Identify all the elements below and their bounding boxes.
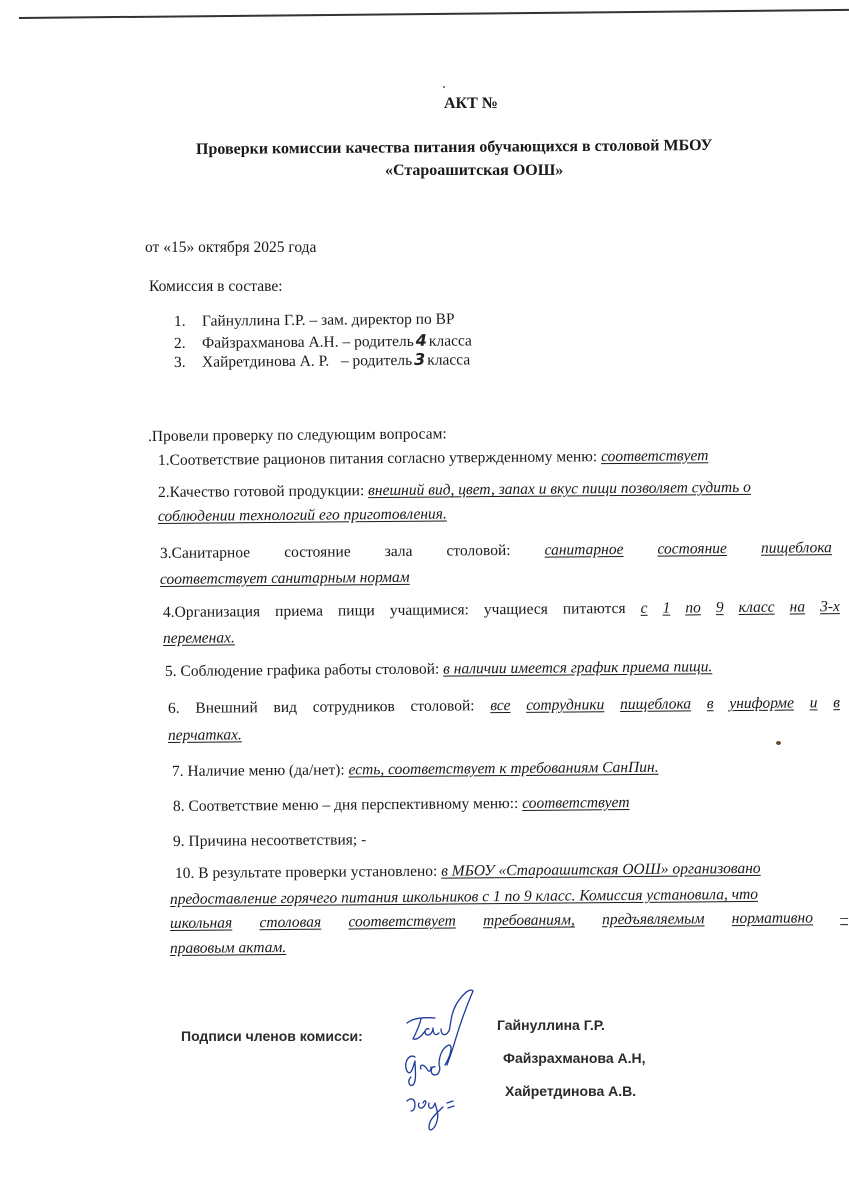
question-label: 10. В результате проверки установлено:	[175, 863, 437, 882]
question-answer-word: с	[641, 600, 648, 618]
question-label-word: столовой:	[410, 697, 474, 716]
question-2: 2.Качество готовой продукции: внешний ви…	[158, 479, 751, 502]
question-label-word: учащиеся	[484, 601, 548, 620]
member-role-suffix: класса	[427, 351, 470, 368]
question-label-word: 3.Санитарное	[160, 544, 250, 563]
question-10-continued: предоставление горячего питания школьник…	[170, 886, 758, 909]
question-label-word: состояние	[284, 543, 351, 562]
question-answer-word: по	[685, 599, 701, 617]
handwritten-signatures-icon	[395, 985, 505, 1135]
question-answer: предоставление горячего питания школьник…	[170, 886, 758, 908]
question-answer: внешний вид, цвет, запах и вкус пищи поз…	[368, 479, 751, 499]
question-8: 8. Соответствие меню – дня перспективном…	[173, 794, 630, 816]
question-label-word: 4.Организация	[163, 603, 260, 622]
question-3: 3.Санитарное состояние зала столовой: са…	[160, 539, 832, 563]
question-answer-word: класс	[739, 599, 775, 617]
question-9: 9. Причина несоответствия; -	[173, 831, 366, 851]
signatures-label: Подписи членов комисси:	[181, 1028, 363, 1044]
question-answer: переменах.	[163, 629, 235, 647]
commission-label: Комиссия в составе:	[149, 278, 283, 296]
question-answer-word: на	[790, 598, 806, 616]
inspection-intro: .Провели проверку по следующим вопросам:	[148, 425, 447, 446]
question-answer-word: 9	[716, 599, 724, 617]
question-answer: в МБОУ «Староашитская ООШ» организовано	[441, 860, 761, 880]
commission-member: 1.Гайнуллина Г.Р. – зам. директор по ВР	[174, 311, 455, 331]
member-name: Файзрахманова А.Н. – родитель	[202, 333, 414, 352]
question-answer-word: предъявляемым	[602, 910, 705, 929]
question-label-word: зала	[385, 543, 413, 561]
question-answer-word: пищеблока	[761, 539, 832, 558]
question-4-continued: переменах.	[163, 629, 235, 648]
question-answer-word: униформе	[729, 695, 794, 714]
question-answer-word: 3-х	[820, 598, 840, 616]
question-6-continued: перчатках.	[168, 726, 242, 745]
question-3-continued: соответствует санитарным нормам	[160, 569, 410, 589]
handwritten-grade: 3	[414, 350, 425, 369]
top-scan-rule	[19, 9, 849, 19]
question-label: 1.Соответствие рационов питания согласно…	[158, 448, 597, 469]
question-label: 7. Наличие меню (да/нет):	[172, 761, 345, 780]
act-subtitle-line2: «Староашитская ООШ»	[385, 162, 563, 180]
member-name: Гайнуллина Г.Р. – зам. директор по ВР	[202, 311, 455, 330]
question-6: 6. Внешний вид сотрудников столовой: все…	[168, 694, 840, 718]
member-role-suffix: класса	[429, 332, 472, 349]
question-answer-word: все	[490, 697, 510, 715]
commission-member: 3.Хайретдинова А. Р. – родитель3класса	[174, 349, 470, 372]
question-10-continued: школьная столовая соответствует требован…	[170, 909, 848, 933]
question-label-word: столовой:	[446, 542, 510, 561]
question-label-word: приема	[275, 603, 323, 621]
question-2-continued: соблюдении технологий его приготовления.	[158, 505, 447, 526]
handwritten-grade: 4	[416, 331, 427, 350]
act-subtitle-line1: Проверки комиссии качества питания обуча…	[196, 137, 712, 159]
signatory-name: Файзрахманова А.Н,	[503, 1050, 646, 1066]
question-answer: соответствует	[522, 794, 629, 812]
scan-speck	[443, 86, 445, 88]
question-label-word: пищи	[338, 602, 375, 620]
question-answer-word: санитарное	[545, 541, 624, 560]
question-answer-word: и	[810, 694, 818, 712]
question-label: 9. Причина несоответствия; -	[173, 831, 366, 850]
scan-speck	[776, 741, 781, 745]
question-1: 1.Соответствие рационов питания согласно…	[158, 447, 709, 470]
question-answer: правовым актам.	[170, 939, 286, 957]
question-answer: соответствует	[601, 447, 708, 465]
question-label-word: Внешний	[195, 699, 257, 718]
question-answer: перчатках.	[168, 726, 242, 744]
signatory-name: Хайретдинова А.В.	[505, 1083, 636, 1099]
question-answer-word: –	[840, 909, 848, 927]
question-label-word: сотрудников	[313, 698, 395, 717]
question-answer-word: сотрудники	[526, 696, 604, 715]
question-label: 8. Соответствие меню – дня перспективном…	[173, 795, 518, 815]
act-date: от «15» октября 2025 года	[145, 239, 316, 257]
question-answer-word: пищеблока	[620, 695, 691, 714]
question-label-word: 6.	[168, 700, 180, 718]
act-title: АКТ №	[444, 95, 498, 113]
question-answer-word: соответствует	[348, 913, 455, 932]
question-7: 7. Наличие меню (да/нет): есть, соответс…	[172, 759, 659, 781]
signatory-name: Гайнуллина Г.Р.	[497, 1017, 605, 1033]
question-label-word: питаются	[563, 600, 626, 619]
question-answer: есть, соответствует к требованиям СанПин…	[348, 759, 658, 779]
question-label-word: вид	[273, 699, 297, 717]
question-answer-word: в	[707, 695, 714, 713]
question-answer-word: 1	[662, 600, 670, 618]
member-number: 2.	[174, 335, 202, 353]
question-answer: соответствует санитарным нормам	[160, 569, 410, 588]
question-label-word: учащимися:	[390, 601, 469, 620]
member-number: 3.	[174, 354, 202, 372]
question-answer-word: состояние	[657, 540, 727, 559]
question-answer-word: в	[833, 694, 840, 712]
member-name: Хайретдинова А. Р. – родитель	[202, 352, 412, 371]
question-answer-word: нормативно	[732, 909, 813, 928]
question-label: 2.Качество готовой продукции:	[158, 482, 364, 501]
question-5: 5. Соблюдение графика работы столовой: в…	[165, 658, 712, 681]
question-answer-word: школьная	[170, 914, 232, 933]
question-4: 4.Организация приема пищи учащимися: уча…	[163, 598, 840, 622]
question-answer-word: столовая	[259, 914, 321, 933]
question-answer: соблюдении технологий его приготовления.	[158, 505, 447, 525]
question-label: 5. Соблюдение графика работы столовой:	[165, 661, 439, 680]
question-answer: в наличии имеется график приема пищи.	[443, 658, 712, 677]
question-10: 10. В результате проверки установлено: в…	[175, 860, 761, 883]
member-number: 1.	[174, 313, 202, 331]
question-10-continued: правовым актам.	[170, 939, 286, 958]
question-answer-word: требованиям,	[483, 911, 575, 930]
